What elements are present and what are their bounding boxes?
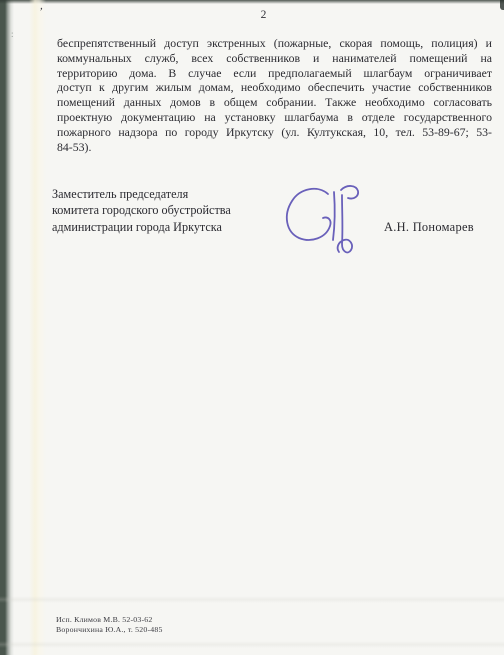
signer-title-line: комитета городского обустройства (52, 202, 312, 218)
scan-edge-left (0, 0, 14, 655)
scan-edge-top (0, 0, 504, 4)
page-number: 2 (0, 9, 504, 21)
body-line: проектную документацию на установку шлаг… (57, 110, 492, 125)
signer-title-line: Заместитель председателя (52, 186, 312, 202)
executor-line: Исп. Климов М.В. 52-03-62 (56, 615, 163, 625)
stray-ink-mark: : (11, 29, 14, 39)
scanned-letter-page: { "colors": { "ink": "#2b2b31", "signatu… (0, 0, 504, 655)
body-line: пожарного надзора по городу Иркутску (ул… (57, 125, 492, 140)
signature-ink (278, 178, 370, 262)
signer-title-line: администрации города Иркутска (52, 219, 312, 235)
executor-footer: Исп. Климов М.В. 52-03-62 Ворончихина Ю.… (56, 615, 163, 636)
body-line: беспрепятственный доступ экстренных (пож… (57, 36, 492, 51)
body-line: территорию дома. В случае если предполаг… (57, 66, 492, 81)
body-line: 84-53). (57, 140, 492, 155)
signer-name: А.Н. Пономарев (384, 220, 474, 235)
body-line: доступ к другим жилым домам, необходимо … (57, 80, 492, 95)
scan-streak (0, 641, 504, 648)
scan-streak (0, 596, 504, 603)
signer-title-block: Заместитель председателя комитета городс… (52, 186, 312, 235)
body-line: помещений данных домов в общем собрании.… (57, 95, 492, 110)
body-line: коммунальных служб, всех собственников и… (57, 51, 492, 66)
page-edge-strip (29, 0, 46, 655)
executor-line: Ворончихина Ю.А., т. 520-485 (56, 625, 163, 635)
body-paragraph: беспрепятственный доступ экстренных (пож… (57, 36, 492, 154)
